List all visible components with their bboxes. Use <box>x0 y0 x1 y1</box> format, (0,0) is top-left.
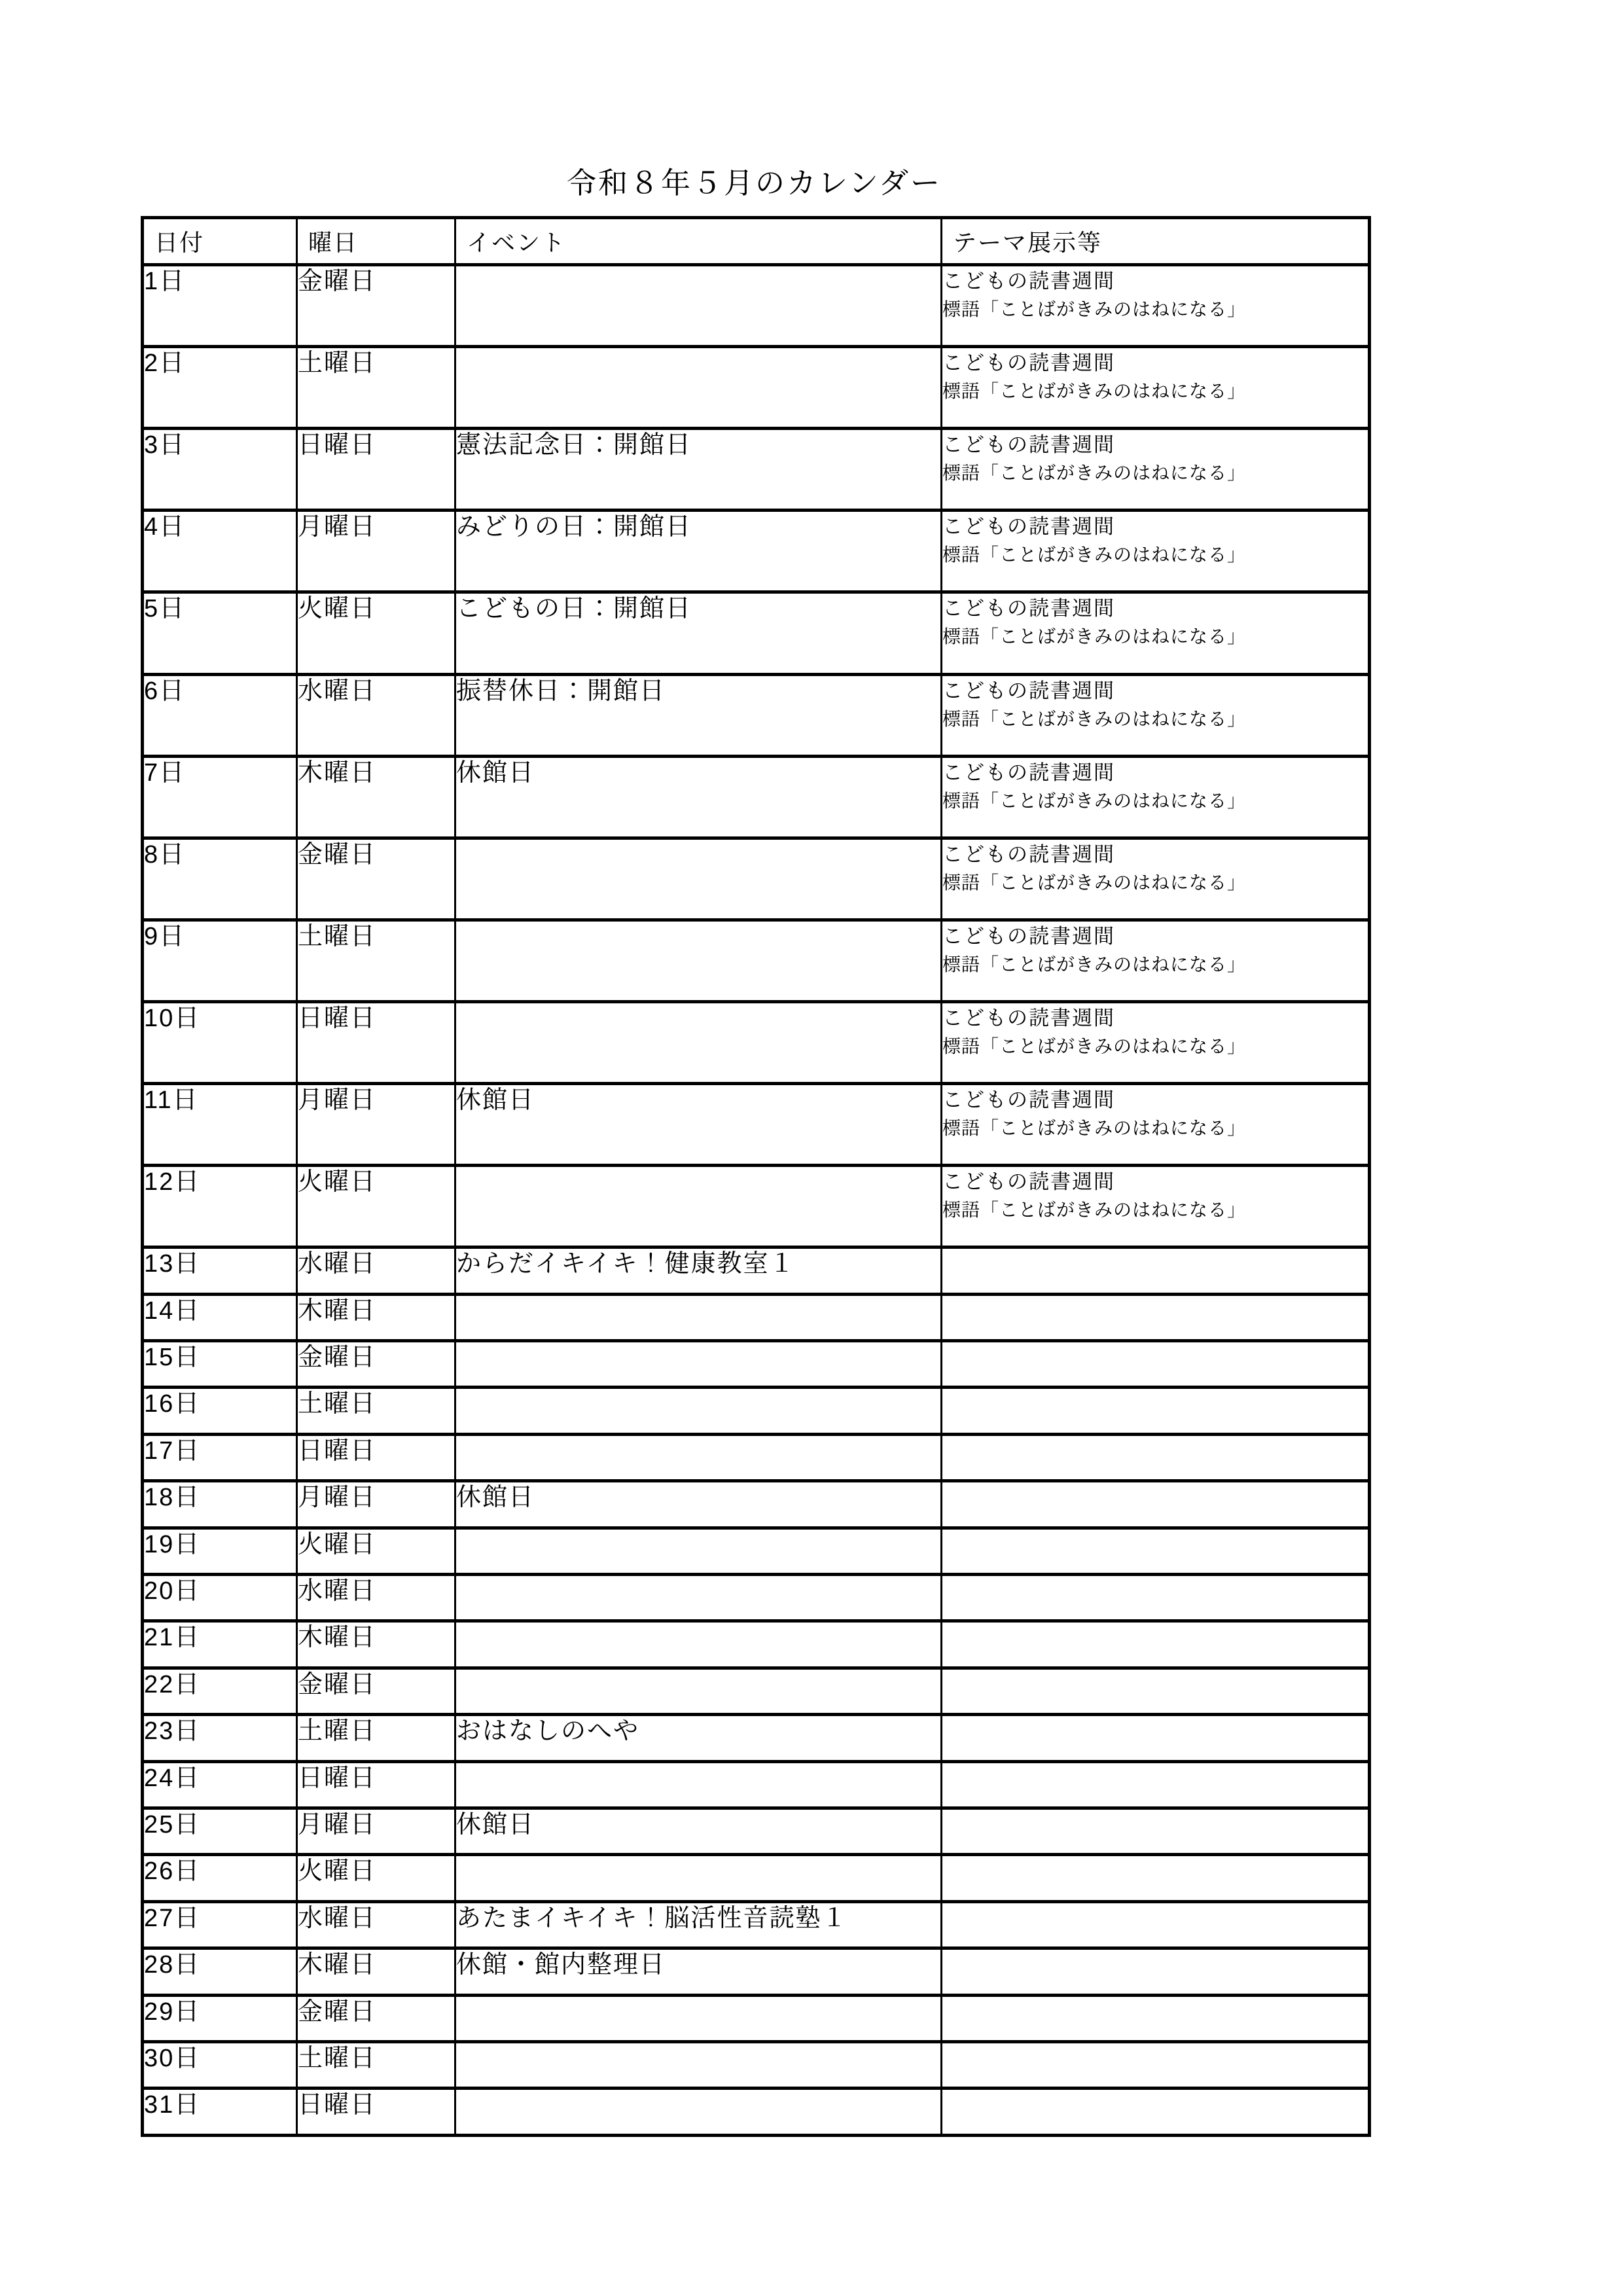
event-cell: 憲法記念日：開館日 <box>455 429 942 511</box>
event-cell <box>455 1166 942 1247</box>
weekday-label: 土曜日 <box>298 350 376 377</box>
weekday-label: 火曜日 <box>298 595 376 622</box>
theme-cell <box>942 1481 1370 1528</box>
weekday-label: 土曜日 <box>298 2045 376 2072</box>
event-cell: 振替休日：開館日 <box>455 674 942 756</box>
date-cell: 14日 <box>143 1294 297 1340</box>
theme-slogan: 標語「ことばがきみのはねになる」 <box>942 1196 1368 1224</box>
date-cell: 18日 <box>143 1481 297 1528</box>
theme-title: こどもの読書週間 <box>942 348 1368 378</box>
date-label: 2日 <box>144 350 185 377</box>
theme-title: こどもの読書週間 <box>942 840 1368 869</box>
date-label: 3日 <box>144 431 185 459</box>
calendar-row: 15日 金曜日 <box>143 1341 1370 1388</box>
date-cell: 8日 <box>143 838 297 920</box>
calendar-row: 17日 日曜日 <box>143 1434 1370 1480</box>
event-label: あたまイキイキ！脳活性音読塾１ <box>456 1905 847 1932</box>
theme-cell <box>942 1855 1370 1901</box>
date-label: 10日 <box>144 1005 200 1032</box>
theme-cell <box>942 1715 1370 1761</box>
weekday-cell: 火曜日 <box>297 1528 455 1574</box>
weekday-cell: 火曜日 <box>297 1166 455 1247</box>
event-cell: 休館日 <box>455 1084 942 1166</box>
theme-cell <box>942 1948 1370 1995</box>
theme-cell <box>942 1761 1370 1808</box>
weekday-label: 木曜日 <box>298 1297 376 1325</box>
calendar-row: 6日 水曜日 振替休日：開館日 こどもの読書週間 標語「ことばがきみのはねになる… <box>143 674 1370 756</box>
weekday-label: 水曜日 <box>298 1250 376 1278</box>
weekday-label: 土曜日 <box>298 1390 376 1418</box>
theme-cell <box>942 1808 1370 1855</box>
weekday-cell: 日曜日 <box>297 1761 455 1808</box>
weekday-label: 金曜日 <box>298 268 376 295</box>
date-cell: 22日 <box>143 1668 297 1714</box>
event-cell <box>455 2041 942 2088</box>
date-cell: 31日 <box>143 2089 297 2136</box>
weekday-label: 日曜日 <box>298 431 376 459</box>
theme-cell: こどもの読書週間 標語「ことばがきみのはねになる」 <box>942 592 1370 674</box>
date-cell: 7日 <box>143 756 297 838</box>
weekday-cell: 木曜日 <box>297 1294 455 1340</box>
weekday-cell: 火曜日 <box>297 592 455 674</box>
event-cell <box>455 1668 942 1714</box>
weekday-label: 土曜日 <box>298 1717 376 1745</box>
theme-cell <box>942 1528 1370 1574</box>
date-label: 26日 <box>144 1857 200 1885</box>
event-label: 休館日 <box>456 1484 535 1511</box>
weekday-label: 月曜日 <box>298 1811 376 1839</box>
event-cell: こどもの日：開館日 <box>455 592 942 674</box>
theme-slogan: 標語「ことばがきみのはねになる」 <box>942 1033 1368 1060</box>
date-label: 1日 <box>144 268 185 295</box>
date-cell: 15日 <box>143 1341 297 1388</box>
calendar-row: 2日 土曜日 こどもの読書週間 標語「ことばがきみのはねになる」 <box>143 347 1370 429</box>
date-cell: 29日 <box>143 1995 297 2041</box>
event-cell <box>455 265 942 347</box>
weekday-label: 木曜日 <box>298 759 376 787</box>
theme-title: こどもの読書週間 <box>942 922 1368 951</box>
weekday-cell: 水曜日 <box>297 674 455 756</box>
date-cell: 24日 <box>143 1761 297 1808</box>
weekday-cell: 木曜日 <box>297 1948 455 1995</box>
event-label: 休館日 <box>456 1086 535 1114</box>
calendar-row: 18日 月曜日 休館日 <box>143 1481 1370 1528</box>
weekday-label: 水曜日 <box>298 677 376 705</box>
date-label: 20日 <box>144 1577 200 1605</box>
header-event: イベント <box>455 218 942 265</box>
date-cell: 13日 <box>143 1247 297 1294</box>
theme-title: こどもの読書週間 <box>942 266 1368 296</box>
theme-cell: こどもの読書週間 標語「ことばがきみのはねになる」 <box>942 1084 1370 1166</box>
date-label: 28日 <box>144 1951 200 1979</box>
weekday-cell: 水曜日 <box>297 1247 455 1294</box>
date-label: 23日 <box>144 1717 200 1745</box>
theme-slogan: 標語「ことばがきみのはねになる」 <box>942 296 1368 323</box>
calendar-row: 25日 月曜日 休館日 <box>143 1808 1370 1855</box>
event-label: 休館日 <box>456 759 535 787</box>
weekday-label: 木曜日 <box>298 1624 376 1651</box>
date-label: 27日 <box>144 1905 200 1932</box>
calendar-row: 13日 水曜日 からだイキイキ！健康教室１ <box>143 1247 1370 1294</box>
theme-cell: こどもの読書週間 標語「ことばがきみのはねになる」 <box>942 1001 1370 1083</box>
theme-title: こどもの読書週間 <box>942 676 1368 706</box>
date-label: 25日 <box>144 1811 200 1839</box>
calendar-row: 24日 日曜日 <box>143 1761 1370 1808</box>
weekday-label: 日曜日 <box>298 1005 376 1032</box>
event-cell: あたまイキイキ！脳活性音読塾１ <box>455 1901 942 1948</box>
theme-cell: こどもの読書週間 標語「ことばがきみのはねになる」 <box>942 347 1370 429</box>
weekday-label: 月曜日 <box>298 513 376 541</box>
theme-slogan: 標語「ことばがきみのはねになる」 <box>942 541 1368 569</box>
theme-cell <box>942 1341 1370 1388</box>
date-label: 17日 <box>144 1437 200 1465</box>
event-cell: おはなしのへや <box>455 1715 942 1761</box>
calendar-row: 7日 木曜日 休館日 こどもの読書週間 標語「ことばがきみのはねになる」 <box>143 756 1370 838</box>
date-cell: 11日 <box>143 1084 297 1166</box>
event-cell <box>455 1341 942 1388</box>
event-cell <box>455 920 942 1001</box>
event-cell <box>455 1001 942 1083</box>
date-label: 9日 <box>144 923 185 950</box>
theme-cell <box>942 1901 1370 1948</box>
weekday-cell: 水曜日 <box>297 1901 455 1948</box>
theme-slogan: 標語「ことばがきみのはねになる」 <box>942 623 1368 651</box>
calendar-row: 22日 金曜日 <box>143 1668 1370 1714</box>
event-cell <box>455 1294 942 1340</box>
weekday-cell: 土曜日 <box>297 2041 455 2088</box>
weekday-label: 月曜日 <box>298 1484 376 1511</box>
date-cell: 4日 <box>143 511 297 592</box>
theme-title: こどもの読書週間 <box>942 1085 1368 1115</box>
weekday-cell: 金曜日 <box>297 265 455 347</box>
date-label: 15日 <box>144 1344 200 1371</box>
theme-cell <box>942 1668 1370 1714</box>
theme-cell <box>942 1575 1370 1621</box>
theme-cell <box>942 2041 1370 2088</box>
header-row: 日付 曜日 イベント テーマ展示等 <box>143 218 1370 265</box>
date-label: 18日 <box>144 1484 200 1511</box>
date-label: 29日 <box>144 1998 200 2026</box>
document-page: 令和８年５月のカレンダー 日付 曜日 イベント テーマ展示等 1日 金曜日 <box>0 0 1623 2296</box>
theme-title: こどもの読書週間 <box>942 430 1368 459</box>
calendar-row: 26日 火曜日 <box>143 1855 1370 1901</box>
weekday-label: 日曜日 <box>298 2091 376 2119</box>
weekday-cell: 水曜日 <box>297 1575 455 1621</box>
theme-cell: こどもの読書週間 標語「ことばがきみのはねになる」 <box>942 1166 1370 1247</box>
event-label: おはなしのへや <box>456 1717 639 1745</box>
date-cell: 20日 <box>143 1575 297 1621</box>
event-cell <box>455 1434 942 1480</box>
calendar-row: 28日 木曜日 休館・館内整理日 <box>143 1948 1370 1995</box>
theme-slogan: 標語「ことばがきみのはねになる」 <box>942 706 1368 733</box>
theme-cell <box>942 1247 1370 1294</box>
event-label: 憲法記念日：開館日 <box>456 431 692 459</box>
event-cell <box>455 838 942 920</box>
event-cell: からだイキイキ！健康教室１ <box>455 1247 942 1294</box>
weekday-cell: 木曜日 <box>297 756 455 838</box>
calendar-row: 5日 火曜日 こどもの日：開館日 こどもの読書週間 標語「ことばがきみのはねにな… <box>143 592 1370 674</box>
theme-cell <box>942 1388 1370 1434</box>
page-title: 令和８年５月のカレンダー <box>141 159 1368 202</box>
theme-title: こどもの読書週間 <box>942 1167 1368 1196</box>
weekday-cell: 土曜日 <box>297 1715 455 1761</box>
date-label: 22日 <box>144 1671 200 1698</box>
date-cell: 2日 <box>143 347 297 429</box>
weekday-cell: 土曜日 <box>297 920 455 1001</box>
event-cell: 休館日 <box>455 1808 942 1855</box>
event-cell <box>455 1528 942 1574</box>
date-cell: 9日 <box>143 920 297 1001</box>
event-cell <box>455 1855 942 1901</box>
weekday-cell: 金曜日 <box>297 1995 455 2041</box>
date-cell: 25日 <box>143 1808 297 1855</box>
weekday-label: 火曜日 <box>298 1168 376 1196</box>
event-label: 振替休日：開館日 <box>456 677 666 705</box>
theme-cell: こどもの読書週間 標語「ことばがきみのはねになる」 <box>942 756 1370 838</box>
date-cell: 21日 <box>143 1621 297 1668</box>
theme-title: こどもの読書週間 <box>942 594 1368 623</box>
weekday-cell: 月曜日 <box>297 1808 455 1855</box>
event-label: 休館日 <box>456 1811 535 1839</box>
weekday-label: 金曜日 <box>298 841 376 869</box>
date-cell: 28日 <box>143 1948 297 1995</box>
calendar-row: 14日 木曜日 <box>143 1294 1370 1340</box>
weekday-cell: 日曜日 <box>297 1434 455 1480</box>
weekday-cell: 土曜日 <box>297 347 455 429</box>
event-label: からだイキイキ！健康教室１ <box>456 1250 795 1278</box>
theme-cell: こどもの読書週間 標語「ことばがきみのはねになる」 <box>942 674 1370 756</box>
calendar-row: 8日 金曜日 こどもの読書週間 標語「ことばがきみのはねになる」 <box>143 838 1370 920</box>
date-cell: 19日 <box>143 1528 297 1574</box>
weekday-cell: 金曜日 <box>297 1341 455 1388</box>
date-label: 7日 <box>144 759 185 787</box>
theme-slogan: 標語「ことばがきみのはねになる」 <box>942 1115 1368 1142</box>
calendar-row: 3日 日曜日 憲法記念日：開館日 こどもの読書週間 標語「ことばがきみのはねにな… <box>143 429 1370 511</box>
calendar-row: 19日 火曜日 <box>143 1528 1370 1574</box>
date-cell: 1日 <box>143 265 297 347</box>
date-label: 16日 <box>144 1390 200 1418</box>
date-label: 5日 <box>144 595 185 622</box>
weekday-cell: 日曜日 <box>297 1001 455 1083</box>
header-theme: テーマ展示等 <box>942 218 1370 265</box>
date-cell: 12日 <box>143 1166 297 1247</box>
date-label: 8日 <box>144 841 185 869</box>
event-cell <box>455 1621 942 1668</box>
date-cell: 17日 <box>143 1434 297 1480</box>
header-date: 日付 <box>143 218 297 265</box>
date-label: 11日 <box>144 1086 198 1114</box>
calendar-row: 11日 月曜日 休館日 こどもの読書週間 標語「ことばがきみのはねになる」 <box>143 1084 1370 1166</box>
calendar-row: 20日 水曜日 <box>143 1575 1370 1621</box>
event-label: みどりの日：開館日 <box>456 513 692 541</box>
event-cell: 休館日 <box>455 756 942 838</box>
theme-cell <box>942 2089 1370 2136</box>
date-cell: 5日 <box>143 592 297 674</box>
event-cell <box>455 1575 942 1621</box>
theme-title: こどもの読書週間 <box>942 512 1368 541</box>
date-label: 4日 <box>144 513 185 541</box>
calendar-row: 29日 金曜日 <box>143 1995 1370 2041</box>
event-cell <box>455 347 942 429</box>
event-cell <box>455 1388 942 1434</box>
theme-cell <box>942 1434 1370 1480</box>
weekday-cell: 金曜日 <box>297 1668 455 1714</box>
weekday-label: 火曜日 <box>298 1531 376 1558</box>
weekday-label: 火曜日 <box>298 1857 376 1885</box>
date-label: 14日 <box>144 1297 200 1325</box>
theme-cell <box>942 1294 1370 1340</box>
weekday-label: 金曜日 <box>298 1344 376 1371</box>
date-label: 31日 <box>144 2091 200 2119</box>
date-cell: 3日 <box>143 429 297 511</box>
date-label: 6日 <box>144 677 185 705</box>
weekday-cell: 月曜日 <box>297 1084 455 1166</box>
theme-slogan: 標語「ことばがきみのはねになる」 <box>942 378 1368 405</box>
date-label: 21日 <box>144 1624 200 1651</box>
weekday-cell: 日曜日 <box>297 2089 455 2136</box>
calendar-row: 16日 土曜日 <box>143 1388 1370 1434</box>
event-cell: 休館日 <box>455 1481 942 1528</box>
event-cell: みどりの日：開館日 <box>455 511 942 592</box>
weekday-label: 月曜日 <box>298 1086 376 1114</box>
weekday-label: 日曜日 <box>298 1765 376 1792</box>
calendar-row: 21日 木曜日 <box>143 1621 1370 1668</box>
theme-slogan: 標語「ことばがきみのはねになる」 <box>942 869 1368 897</box>
date-cell: 10日 <box>143 1001 297 1083</box>
event-cell <box>455 2089 942 2136</box>
weekday-cell: 金曜日 <box>297 838 455 920</box>
date-label: 13日 <box>144 1250 200 1278</box>
weekday-label: 木曜日 <box>298 1951 376 1979</box>
weekday-cell: 月曜日 <box>297 1481 455 1528</box>
date-label: 30日 <box>144 2045 200 2072</box>
calendar-table: 日付 曜日 イベント テーマ展示等 1日 金曜日 こどもの読書週間 標語「ことば… <box>141 216 1371 2137</box>
weekday-cell: 火曜日 <box>297 1855 455 1901</box>
weekday-label: 日曜日 <box>298 1437 376 1465</box>
theme-cell <box>942 1621 1370 1668</box>
event-cell <box>455 1995 942 2041</box>
theme-slogan: 標語「ことばがきみのはねになる」 <box>942 459 1368 487</box>
date-cell: 6日 <box>143 674 297 756</box>
calendar-row: 23日 土曜日 おはなしのへや <box>143 1715 1370 1761</box>
weekday-cell: 月曜日 <box>297 511 455 592</box>
calendar-row: 4日 月曜日 みどりの日：開館日 こどもの読書週間 標語「ことばがきみのはねにな… <box>143 511 1370 592</box>
weekday-cell: 木曜日 <box>297 1621 455 1668</box>
theme-title: こどもの読書週間 <box>942 758 1368 787</box>
weekday-cell: 日曜日 <box>297 429 455 511</box>
theme-cell: こどもの読書週間 標語「ことばがきみのはねになる」 <box>942 920 1370 1001</box>
calendar-row: 10日 日曜日 こどもの読書週間 標語「ことばがきみのはねになる」 <box>143 1001 1370 1083</box>
event-cell: 休館・館内整理日 <box>455 1948 942 1995</box>
date-cell: 27日 <box>143 1901 297 1948</box>
date-label: 19日 <box>144 1531 200 1558</box>
event-cell <box>455 1761 942 1808</box>
date-cell: 26日 <box>143 1855 297 1901</box>
calendar-table-body: 1日 金曜日 こどもの読書週間 標語「ことばがきみのはねになる」 2日 土曜日 <box>143 265 1370 2136</box>
calendar-row: 12日 火曜日 こどもの読書週間 標語「ことばがきみのはねになる」 <box>143 1166 1370 1247</box>
theme-cell: こどもの読書週間 標語「ことばがきみのはねになる」 <box>942 838 1370 920</box>
theme-cell: こどもの読書週間 標語「ことばがきみのはねになる」 <box>942 265 1370 347</box>
date-cell: 16日 <box>143 1388 297 1434</box>
date-cell: 30日 <box>143 2041 297 2088</box>
theme-slogan: 標語「ことばがきみのはねになる」 <box>942 951 1368 978</box>
event-label: 休館・館内整理日 <box>456 1951 666 1979</box>
calendar-row: 9日 土曜日 こどもの読書週間 標語「ことばがきみのはねになる」 <box>143 920 1370 1001</box>
theme-cell <box>942 1995 1370 2041</box>
calendar-row: 31日 日曜日 <box>143 2089 1370 2136</box>
theme-slogan: 標語「ことばがきみのはねになる」 <box>942 787 1368 815</box>
event-label: こどもの日：開館日 <box>456 595 692 622</box>
weekday-label: 金曜日 <box>298 1671 376 1698</box>
weekday-label: 金曜日 <box>298 1998 376 2026</box>
date-label: 24日 <box>144 1765 200 1792</box>
theme-title: こどもの読書週間 <box>942 1003 1368 1033</box>
date-cell: 23日 <box>143 1715 297 1761</box>
weekday-cell: 土曜日 <box>297 1388 455 1434</box>
header-weekday: 曜日 <box>297 218 455 265</box>
theme-cell: こどもの読書週間 標語「ことばがきみのはねになる」 <box>942 429 1370 511</box>
weekday-label: 土曜日 <box>298 923 376 950</box>
calendar-row: 1日 金曜日 こどもの読書週間 標語「ことばがきみのはねになる」 <box>143 265 1370 347</box>
calendar-row: 30日 土曜日 <box>143 2041 1370 2088</box>
weekday-label: 水曜日 <box>298 1577 376 1605</box>
weekday-label: 水曜日 <box>298 1905 376 1932</box>
date-label: 12日 <box>144 1168 200 1196</box>
theme-cell: こどもの読書週間 標語「ことばがきみのはねになる」 <box>942 511 1370 592</box>
calendar-row: 27日 水曜日 あたまイキイキ！脳活性音読塾１ <box>143 1901 1370 1948</box>
